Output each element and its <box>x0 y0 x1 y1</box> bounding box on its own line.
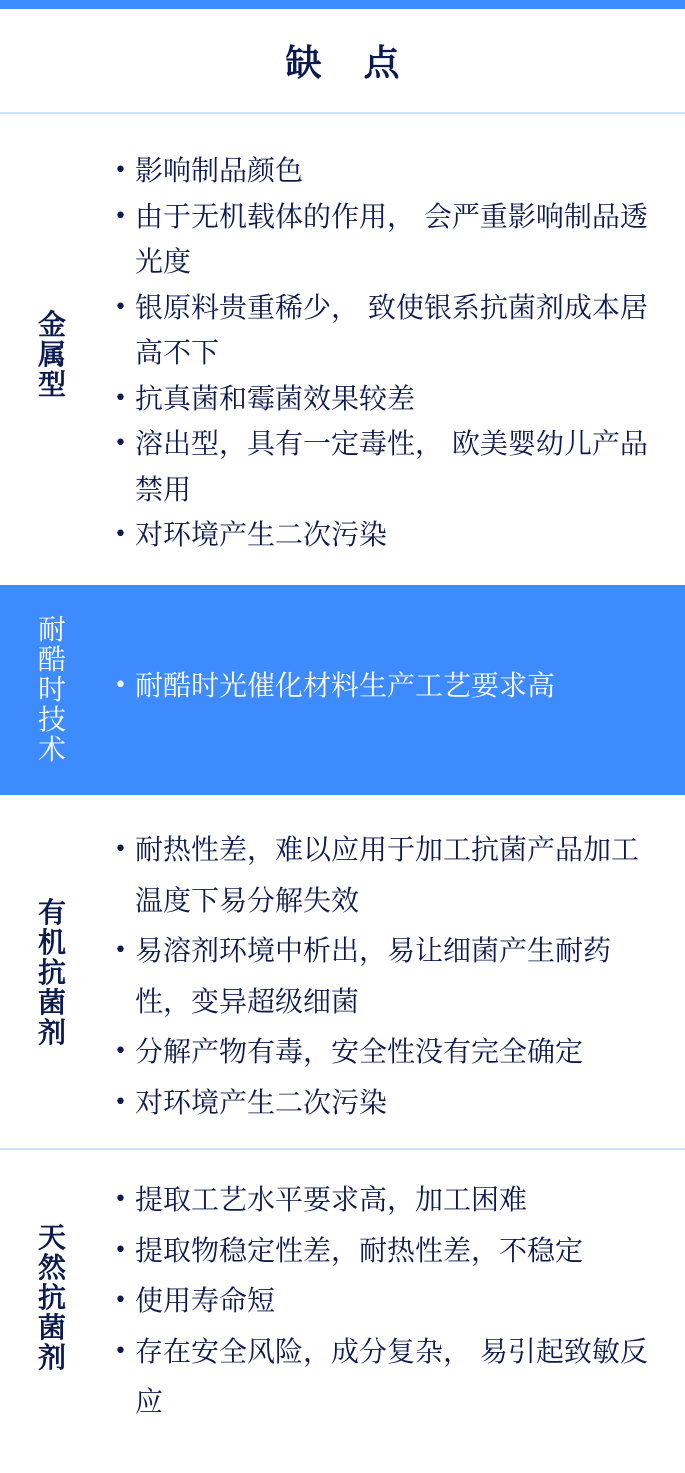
label-char: 然 <box>38 1253 66 1283</box>
item-text: 对环境产生二次污染 <box>135 1086 387 1119</box>
label-char: 天 <box>38 1223 66 1253</box>
item-text: 由于无机载体的作用， 会严重影响制品透光度 <box>135 200 648 279</box>
label-char: 抗 <box>38 1283 66 1313</box>
item-text: 存在安全风险，成分复杂， 易引起致敏反应 <box>135 1335 648 1419</box>
item-text: 分解产物有毒，安全性没有完全确定 <box>135 1035 583 1068</box>
page-title: 缺点 <box>285 35 399 86</box>
label-char: 术 <box>38 735 66 765</box>
item-text: 对环境产生二次污染 <box>135 518 387 551</box>
bullet-icon: • <box>114 1078 127 1129</box>
section-naikushi: 耐 酷 时 技 术 •耐酷时光催化材料生产工艺要求高 <box>0 585 685 795</box>
list-item: •对环境产生二次污染 <box>110 512 655 558</box>
label-char: 机 <box>38 928 66 958</box>
bullet-icon: • <box>114 1226 127 1277</box>
natural-disadvantages-list: •提取工艺水平要求高，加工困难 •提取物稳定性差，耐热性差，不稳定 •使用寿命短… <box>110 1175 655 1428</box>
item-text: 影响制品颜色 <box>135 154 303 187</box>
list-item: •对环境产生二次污染 <box>110 1078 655 1129</box>
list-item: •银原料贵重稀少， 致使银系抗菌剂成本居高不下 <box>110 285 655 376</box>
section-label-naikushi: 耐 酷 时 技 术 <box>34 615 70 765</box>
list-item: •易溶剂环境中析出，易让细菌产生耐药性，变异超级细菌 <box>110 926 655 1027</box>
bullet-icon: • <box>114 663 127 709</box>
header: 缺点 <box>0 9 685 112</box>
label-char: 技 <box>38 705 66 735</box>
item-text: 易溶剂环境中析出，易让细菌产生耐药性，变异超级细菌 <box>135 934 611 1018</box>
page-title-char-2: 点 <box>364 35 400 86</box>
bullet-icon: • <box>114 1175 127 1226</box>
label-char: 酷 <box>38 645 66 675</box>
bullet-icon: • <box>114 926 127 977</box>
list-item: •抗真菌和霉菌效果较差 <box>110 376 655 422</box>
label-char: 属 <box>38 340 66 370</box>
page-title-char-1: 缺 <box>285 35 321 86</box>
label-char: 剂 <box>38 1018 66 1048</box>
list-item: •提取工艺水平要求高，加工困难 <box>110 1175 655 1226</box>
label-char: 型 <box>38 370 66 400</box>
bullet-icon: • <box>114 148 127 194</box>
label-char: 有 <box>38 898 66 928</box>
label-char: 菌 <box>38 1313 66 1343</box>
list-item: •由于无机载体的作用， 会严重影响制品透光度 <box>110 194 655 285</box>
label-char: 剂 <box>38 1343 66 1373</box>
bullet-icon: • <box>114 1276 127 1327</box>
list-item: •溶出型，具有一定毒性， 欧美婴幼儿产品禁用 <box>110 421 655 512</box>
list-item: •耐酷时光催化材料生产工艺要求高 <box>110 663 655 709</box>
bullet-icon: • <box>114 285 127 331</box>
item-text: 银原料贵重稀少， 致使银系抗菌剂成本居高不下 <box>135 291 648 370</box>
organic-disadvantages-list: •耐热性差，难以应用于加工抗菌产品加工温度下易分解失效 •易溶剂环境中析出，易让… <box>110 825 655 1128</box>
top-accent-bar <box>0 0 685 9</box>
item-text: 使用寿命短 <box>135 1284 275 1317</box>
list-item: •提取物稳定性差，耐热性差，不稳定 <box>110 1226 655 1277</box>
bullet-icon: • <box>114 1027 127 1078</box>
section-label-metal: 金 属 型 <box>34 310 70 400</box>
bullet-icon: • <box>114 512 127 558</box>
list-item: •存在安全风险，成分复杂， 易引起致敏反应 <box>110 1327 655 1428</box>
section-label-natural: 天 然 抗 菌 剂 <box>34 1223 70 1373</box>
naikushi-disadvantages-list: •耐酷时光催化材料生产工艺要求高 <box>110 663 655 709</box>
label-char: 时 <box>38 675 66 705</box>
item-text: 提取工艺水平要求高，加工困难 <box>135 1183 527 1216</box>
list-item: •分解产物有毒，安全性没有完全确定 <box>110 1027 655 1078</box>
list-item: •耐热性差，难以应用于加工抗菌产品加工温度下易分解失效 <box>110 825 655 926</box>
section-metal: 金 属 型 •影响制品颜色 •由于无机载体的作用， 会严重影响制品透光度 •银原… <box>0 114 685 585</box>
section-label-organic: 有 机 抗 菌 剂 <box>34 898 70 1048</box>
item-text: 抗真菌和霉菌效果较差 <box>135 382 415 415</box>
section-organic: 有 机 抗 菌 剂 •耐热性差，难以应用于加工抗菌产品加工温度下易分解失效 •易… <box>0 795 685 1148</box>
label-char: 金 <box>38 310 66 340</box>
bullet-icon: • <box>114 1327 127 1378</box>
list-item: •影响制品颜色 <box>110 148 655 194</box>
label-char: 耐 <box>38 615 66 645</box>
list-item: •使用寿命短 <box>110 1276 655 1327</box>
item-text: 耐酷时光催化材料生产工艺要求高 <box>135 669 555 702</box>
item-text: 提取物稳定性差，耐热性差，不稳定 <box>135 1234 583 1267</box>
item-text: 耐热性差，难以应用于加工抗菌产品加工温度下易分解失效 <box>135 833 639 917</box>
label-char: 抗 <box>38 958 66 988</box>
section-natural: 天 然 抗 菌 剂 •提取工艺水平要求高，加工困难 •提取物稳定性差，耐热性差，… <box>0 1150 685 1473</box>
metal-disadvantages-list: •影响制品颜色 •由于无机载体的作用， 会严重影响制品透光度 •银原料贵重稀少，… <box>110 148 655 558</box>
bullet-icon: • <box>114 194 127 240</box>
bullet-icon: • <box>114 421 127 467</box>
bullet-icon: • <box>114 825 127 876</box>
bullet-icon: • <box>114 376 127 422</box>
label-char: 菌 <box>38 988 66 1018</box>
item-text: 溶出型，具有一定毒性， 欧美婴幼儿产品禁用 <box>135 427 648 506</box>
